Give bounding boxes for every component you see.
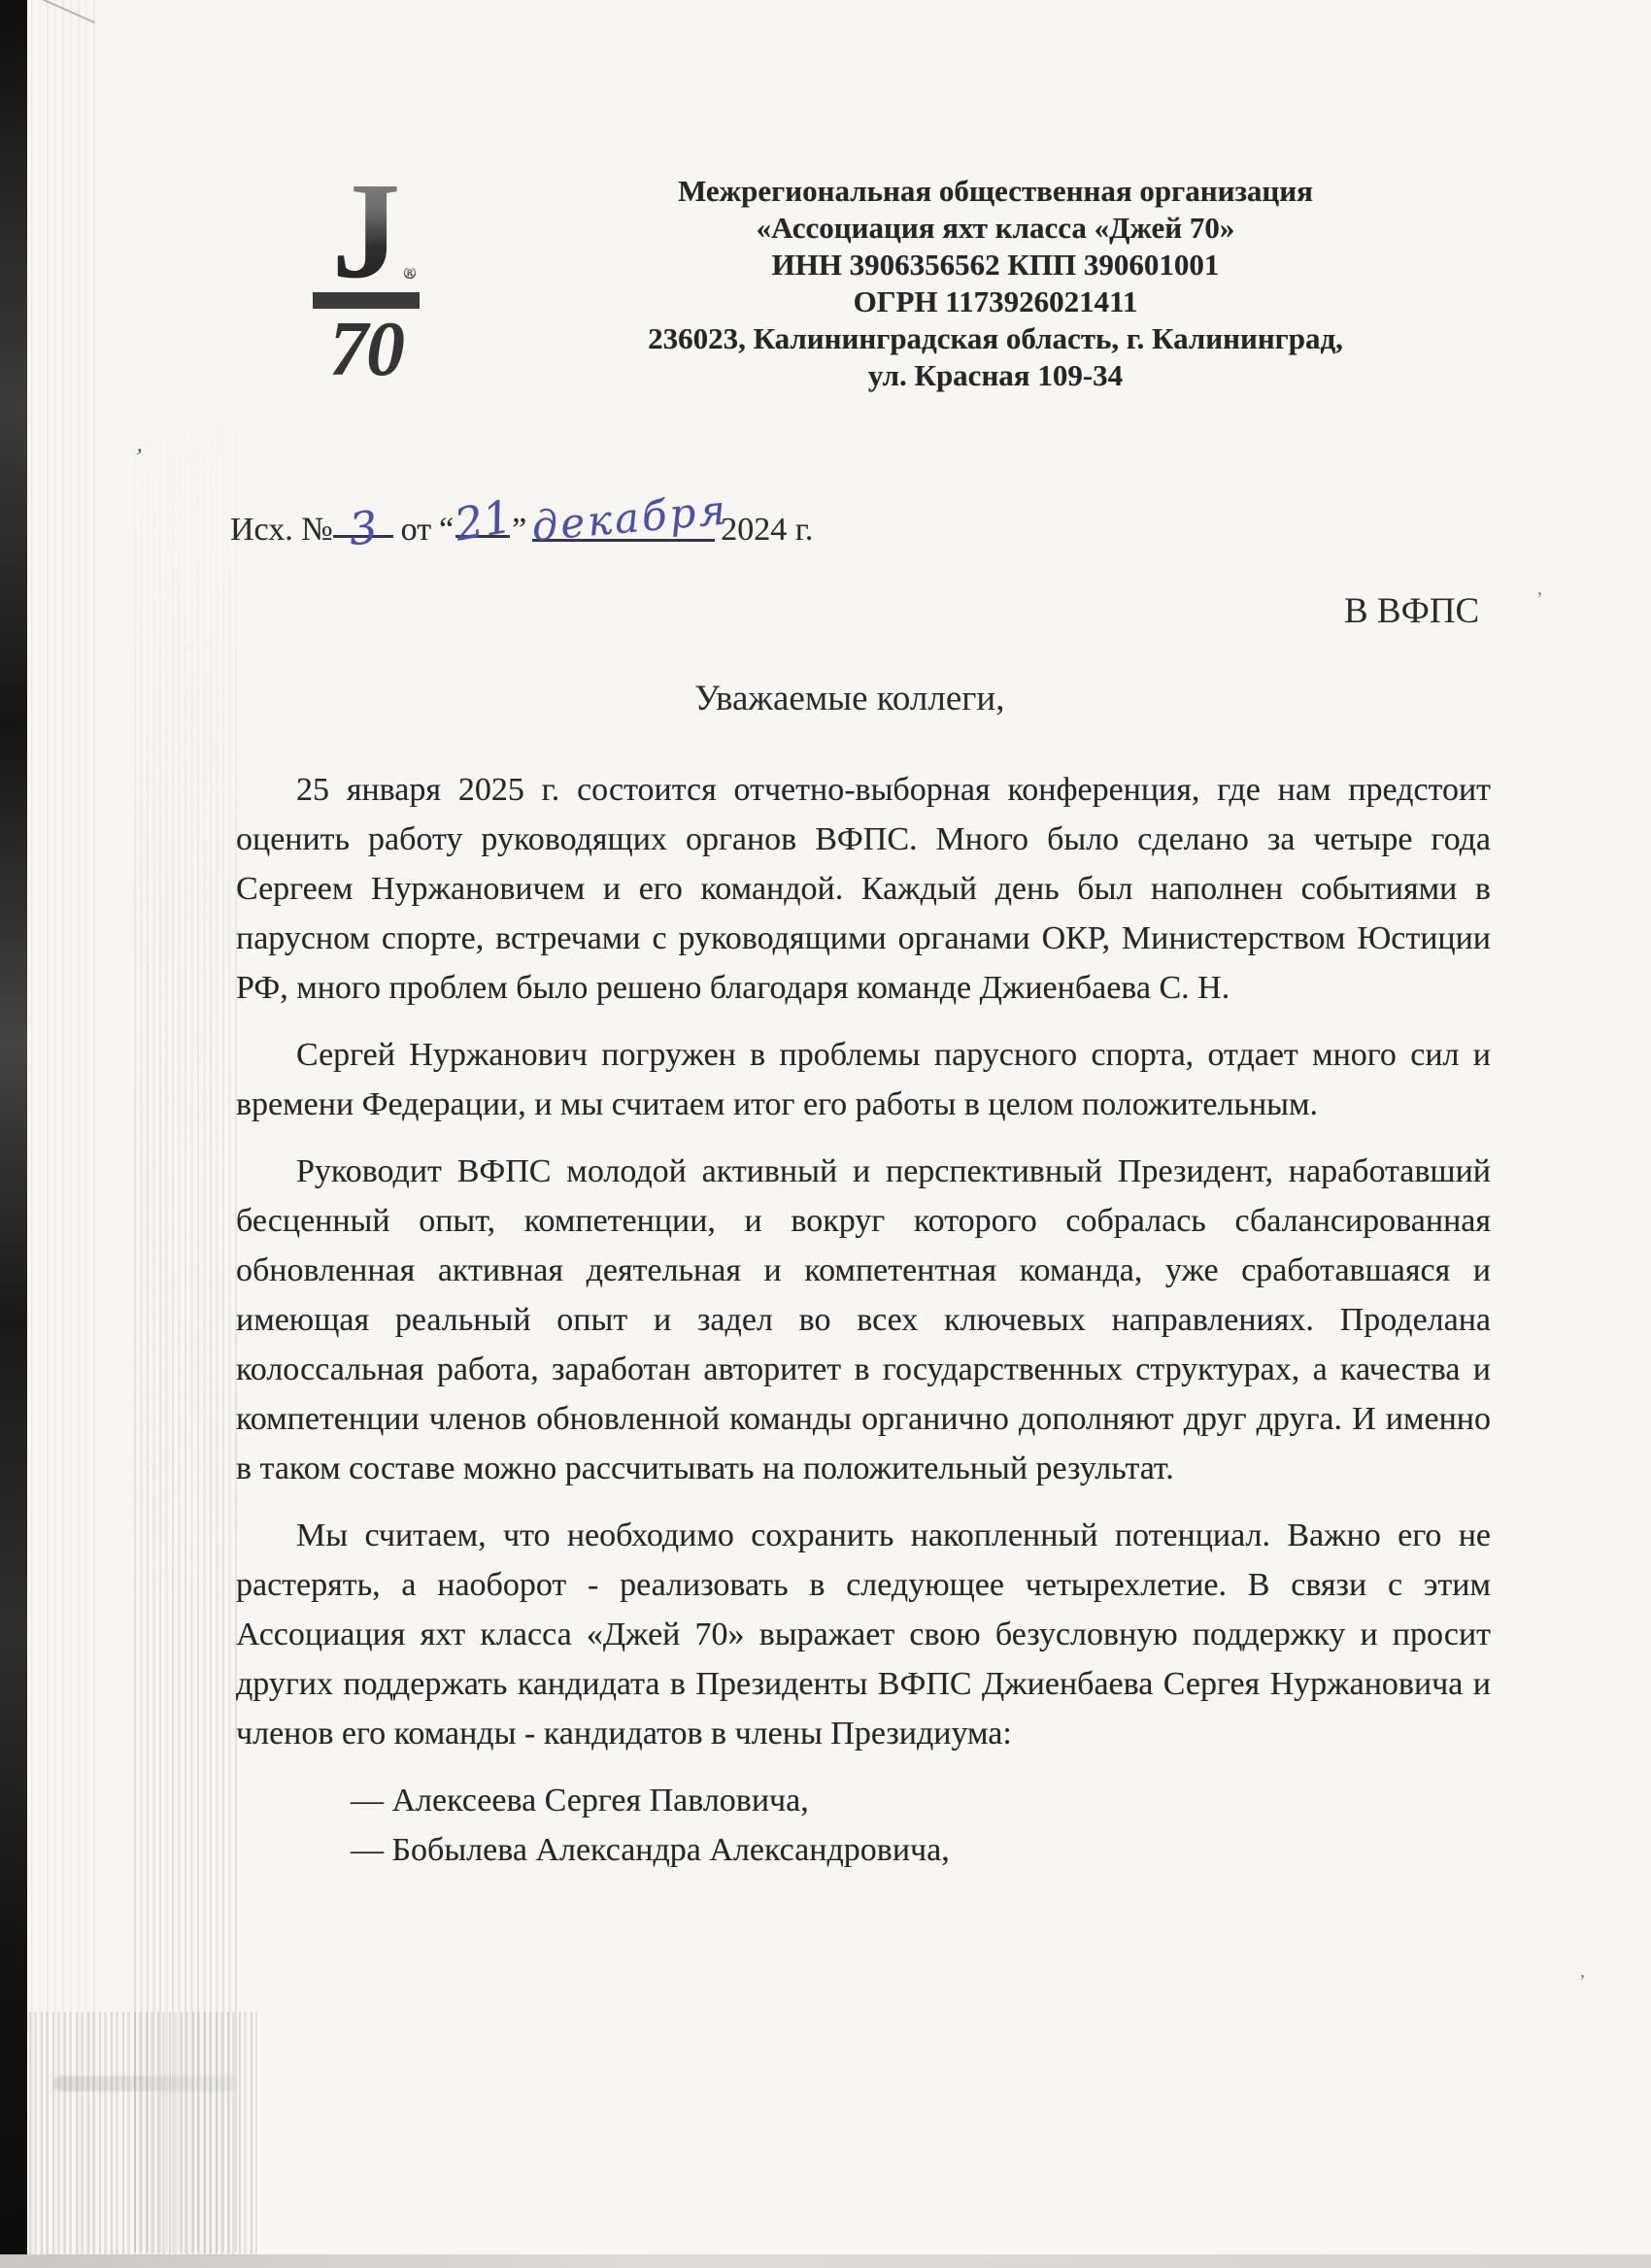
candidate-item: — Алексеева Сергея Павловича, [236, 1776, 1491, 1825]
letterhead-address-line-2: ул. Красная 109-34 [418, 357, 1573, 394]
body-paragraph-3: Руководит ВФПС молодой активный и перспе… [236, 1147, 1491, 1493]
open-quote: “ [439, 512, 454, 548]
scan-streaks-bottom [29, 2012, 257, 2254]
date-year: 2024 г. [721, 512, 813, 548]
letterhead-organization-name: «Ассоциация яхт класса «Джей 70» [418, 210, 1573, 247]
scan-bottom-edge [0, 2254, 1651, 2268]
date-month-handwritten: декабря [530, 485, 730, 550]
logo-letter-j: J ® [332, 177, 401, 284]
scan-scratch [41, 0, 95, 23]
letterhead-inn-kpp: ИНН 3906356562 КПП 390601001 [418, 247, 1573, 283]
outgoing-number-blank: 3 [333, 498, 393, 538]
body-paragraph-2: Сергей Нуржанович погружен в проблемы па… [236, 1030, 1491, 1129]
date-from-label: от [401, 512, 431, 548]
date-month-blank: декабря [532, 502, 715, 542]
date-day-blank: 21 [455, 498, 510, 538]
letterhead: Межрегиональная общественная организация… [418, 173, 1573, 394]
outgoing-number-handwritten: 3 [347, 501, 381, 556]
candidate-list: — Алексеева Сергея Павловича, — Бобылева… [236, 1776, 1491, 1875]
j70-class-logo: J ® 70 [309, 177, 423, 388]
letter-body: 25 января 2025 г. состоится отчетно-выбо… [236, 765, 1491, 1875]
body-paragraph-4: Мы считаем, что необходимо сохранить нак… [236, 1511, 1491, 1758]
scan-speck: ’ [131, 444, 144, 471]
reference-line: Исх. №3от“21”декабря2024 г. [230, 498, 813, 549]
scan-speck: ’ [1579, 1971, 1586, 1993]
scan-left-edge-shadow [0, 0, 27, 2268]
logo-number-70: 70 [309, 311, 423, 388]
letterhead-address-line-1: 236023, Калининградская область, г. Кали… [418, 320, 1573, 357]
body-paragraph-1: 25 января 2025 г. состоится отчетно-выбо… [236, 765, 1491, 1013]
scan-speck: ’ [1536, 588, 1543, 611]
letterhead-ogrn: ОГРН 1173926021411 [418, 283, 1573, 320]
scan-streaks-middle [134, 408, 241, 2252]
salutation: Уважаемые коллеги, [694, 678, 1004, 719]
registered-trademark-icon: ® [402, 268, 419, 281]
candidate-item: — Бобылева Александра Александровича, [236, 1825, 1491, 1875]
recipient: В ВФПС [1344, 590, 1479, 632]
letterhead-organization-type: Межрегиональная общественная организация [418, 173, 1573, 210]
scan-streaks-left [31, 0, 95, 2268]
scanned-letter-page: ’ ’ ’ J ® 70 Межрегиональная общественна… [0, 0, 1651, 2268]
outgoing-number-label: Исх. № [230, 512, 333, 548]
date-day-handwritten: 21 [451, 489, 516, 550]
scan-smudge [53, 2076, 238, 2091]
